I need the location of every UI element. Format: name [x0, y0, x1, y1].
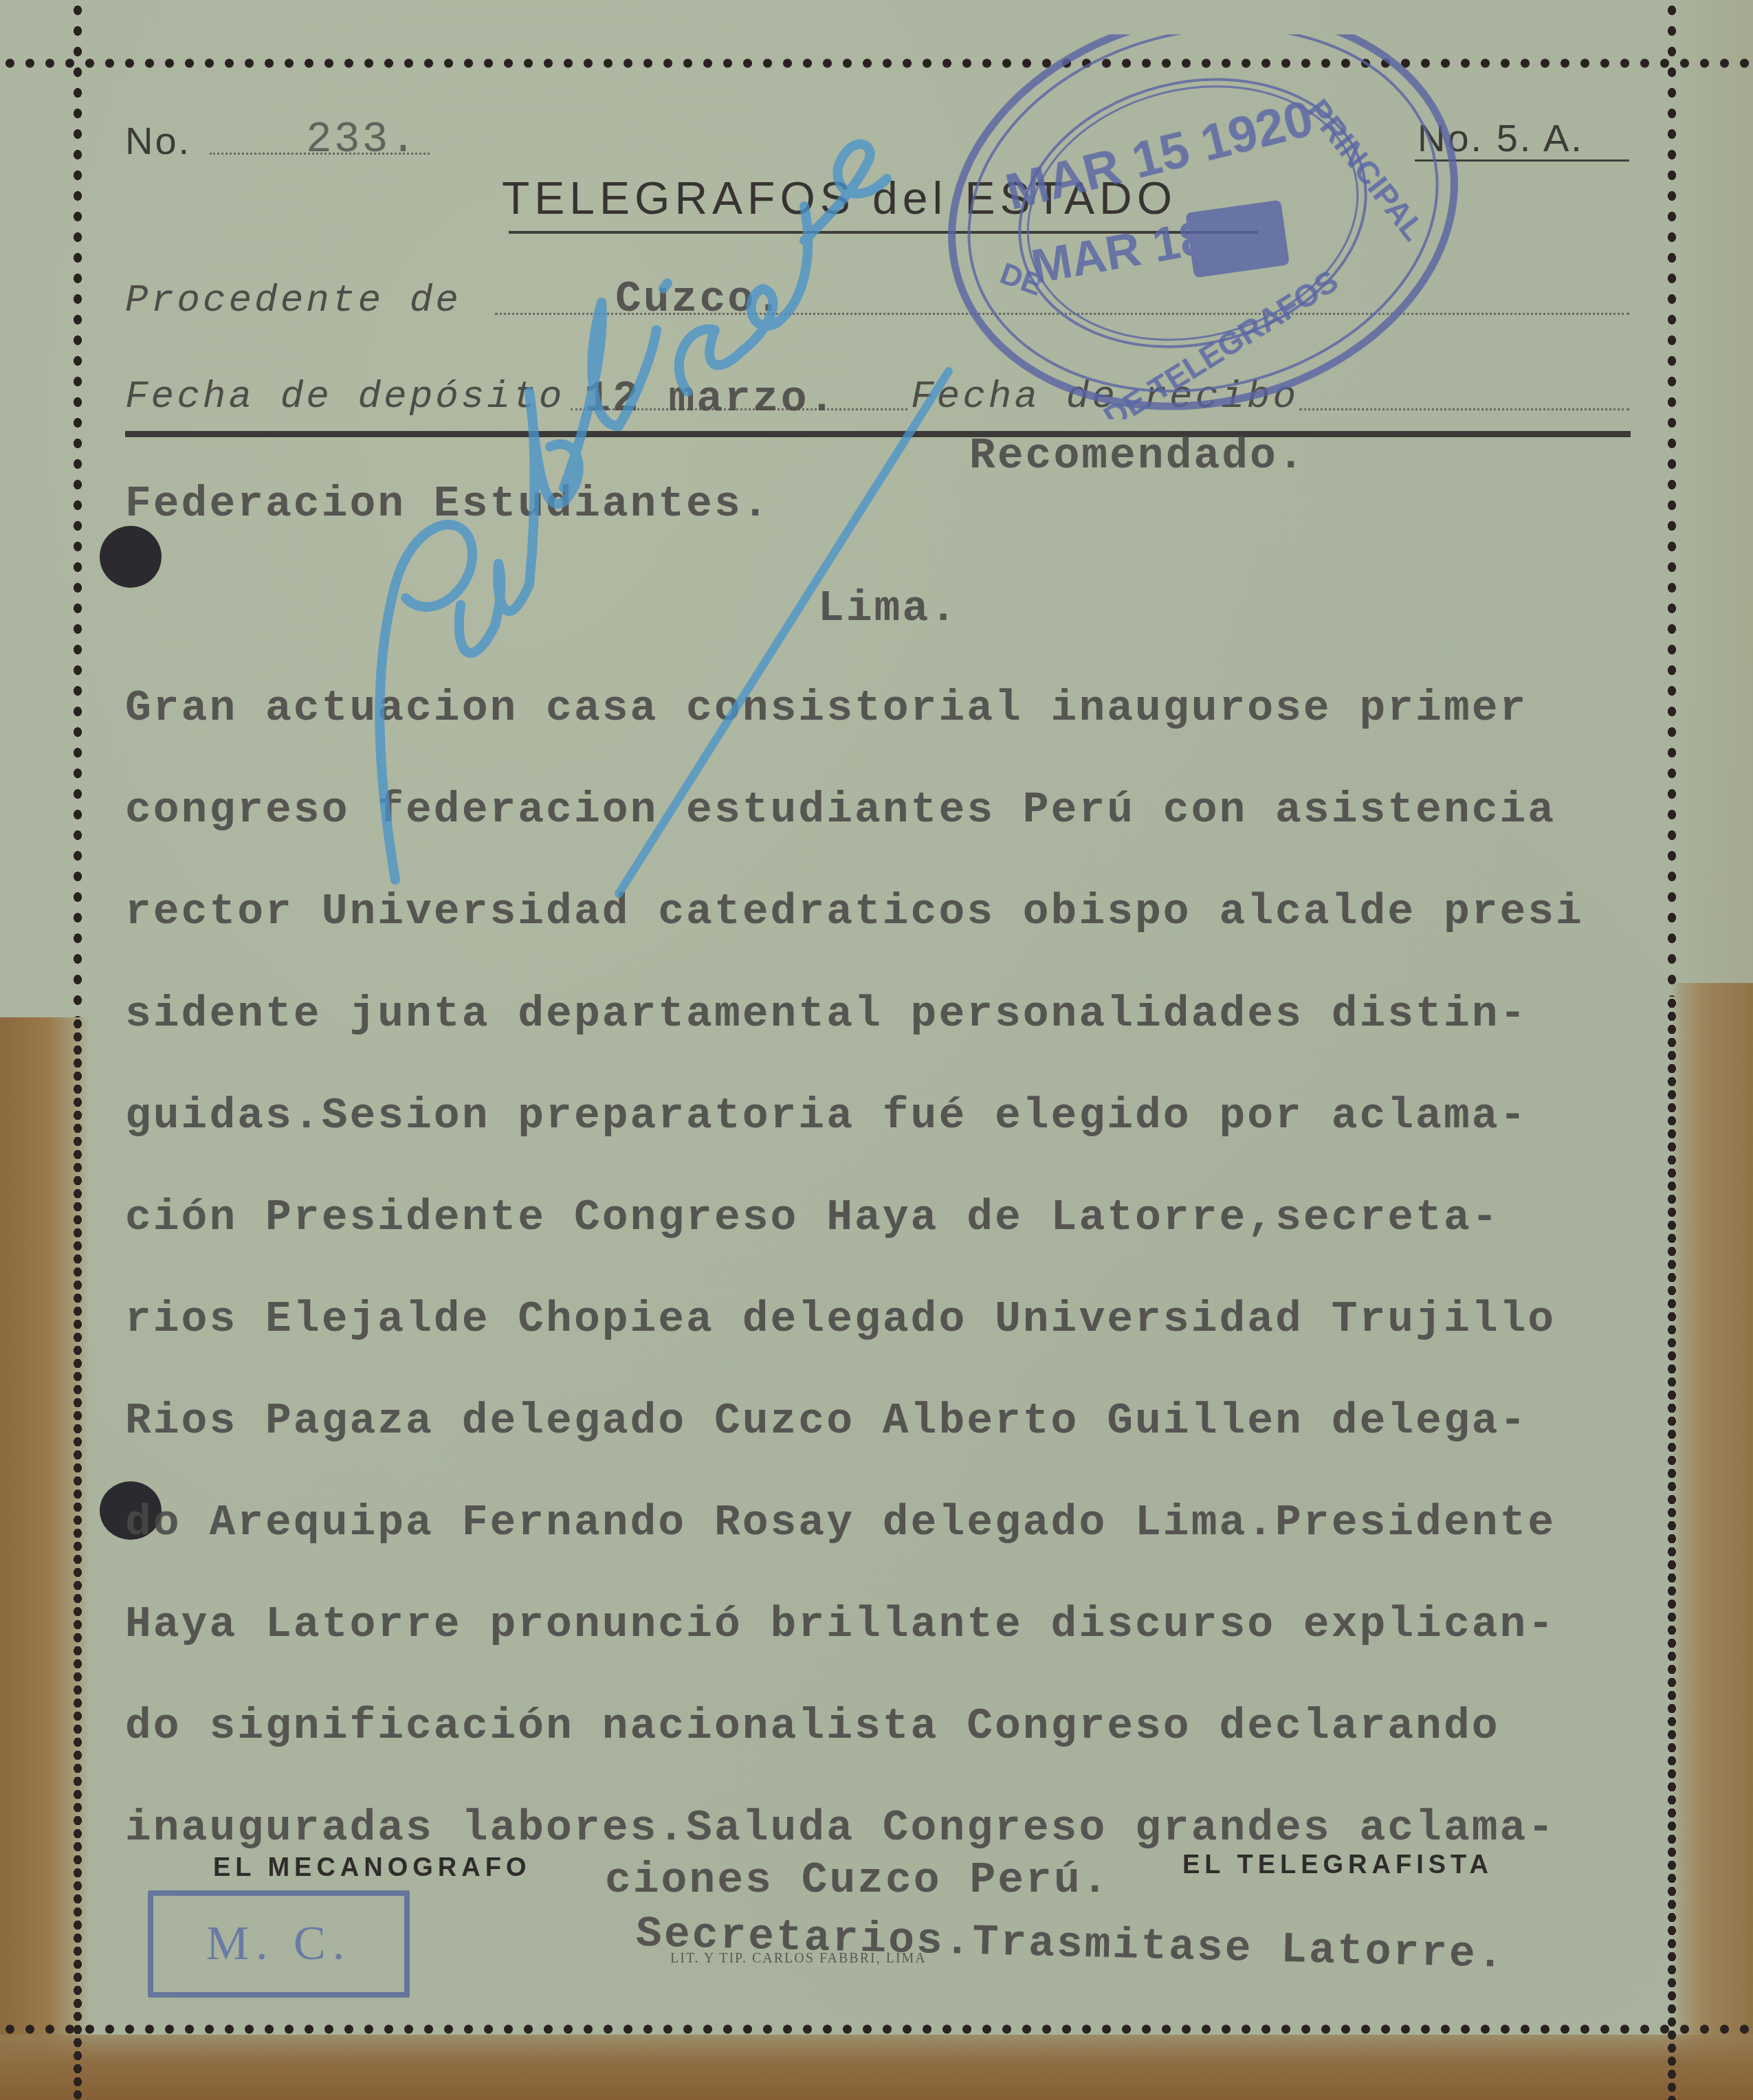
fecha-deposito-value: 12 marzo. — [584, 375, 837, 423]
fecha-deposito-label: Fecha de depósito — [125, 375, 564, 419]
perforation-right-upper — [1667, 0, 1677, 997]
printer-imprint: LIT. Y TIP. CARLOS FABBRI, LIMA — [670, 1951, 927, 1967]
perforation-right-lower — [1667, 997, 1677, 2100]
body-line: rector Universidad catedraticos obispo a… — [125, 887, 1584, 936]
form-number-value: 233. — [306, 115, 418, 164]
perforation-left-upper — [73, 0, 82, 1017]
form-code-underline — [1415, 159, 1629, 162]
body-line: ciones Cuzco Perú. — [605, 1856, 1110, 1905]
perforation-top — [0, 58, 1753, 69]
water-stain-bottom — [0, 2035, 1753, 2100]
body-line: ción Presidente Congreso Haya de Latorre… — [125, 1193, 1500, 1242]
body-line: guidas.Sesion preparatoria fué elegido p… — [125, 1092, 1528, 1140]
telegrafista-label: EL TELEGRAFISTA — [1182, 1850, 1493, 1880]
fecha-recibo-dotline — [1299, 408, 1629, 410]
body-line: do significación nacionalista Congreso d… — [125, 1702, 1500, 1751]
body-line: sidente junta departamental personalidad… — [125, 990, 1528, 1039]
page-title: TELEGRAFOS del ESTADO — [502, 172, 1177, 224]
addressee: Federacion Estudiantes. — [125, 480, 771, 529]
title-underline — [509, 231, 1258, 234]
body-line: Gran actuacion casa consistorial inaugur… — [125, 684, 1528, 733]
body-line: inauguradas labores.Saluda Congreso gran… — [125, 1804, 1556, 1853]
body-line: congreso federacion estudiantes Perú con… — [125, 786, 1556, 835]
perforation-left-lower — [73, 1017, 82, 2100]
fecha-recibo-label: Fecha de recibo — [911, 375, 1299, 419]
destination: Lima. — [818, 584, 958, 633]
body-line: rios Elejalde Chopiea delegado Universid… — [125, 1295, 1556, 1344]
procedente-value: Cuzco. — [615, 275, 784, 324]
paper-discoloration — [1671, 0, 1753, 983]
service-note: Recomendado. — [969, 432, 1306, 480]
form-number-label: No. — [125, 118, 191, 163]
procedente-label: Procedente de — [125, 278, 461, 322]
mecanografo-initials: M. C. — [206, 1916, 351, 1971]
body-line: Rios Pagaza delegado Cuzco Alberto Guill… — [125, 1397, 1528, 1446]
water-stain-right — [1671, 983, 1753, 2100]
body-line: Haya Latorre pronunció brillante discurs… — [125, 1600, 1556, 1649]
mecanografo-initials-stamp: M. C. — [148, 1890, 410, 1998]
perforation-bottom — [0, 2024, 1753, 2035]
header-divider-rule — [125, 431, 1631, 437]
mecanografo-label: EL MECANOGRAFO — [213, 1853, 531, 1883]
form-code: No. 5. A. — [1418, 115, 1584, 160]
punch-hole-upper — [100, 526, 162, 588]
body-line: do Arequipa Fernando Rosay delegado Lima… — [125, 1499, 1556, 1547]
